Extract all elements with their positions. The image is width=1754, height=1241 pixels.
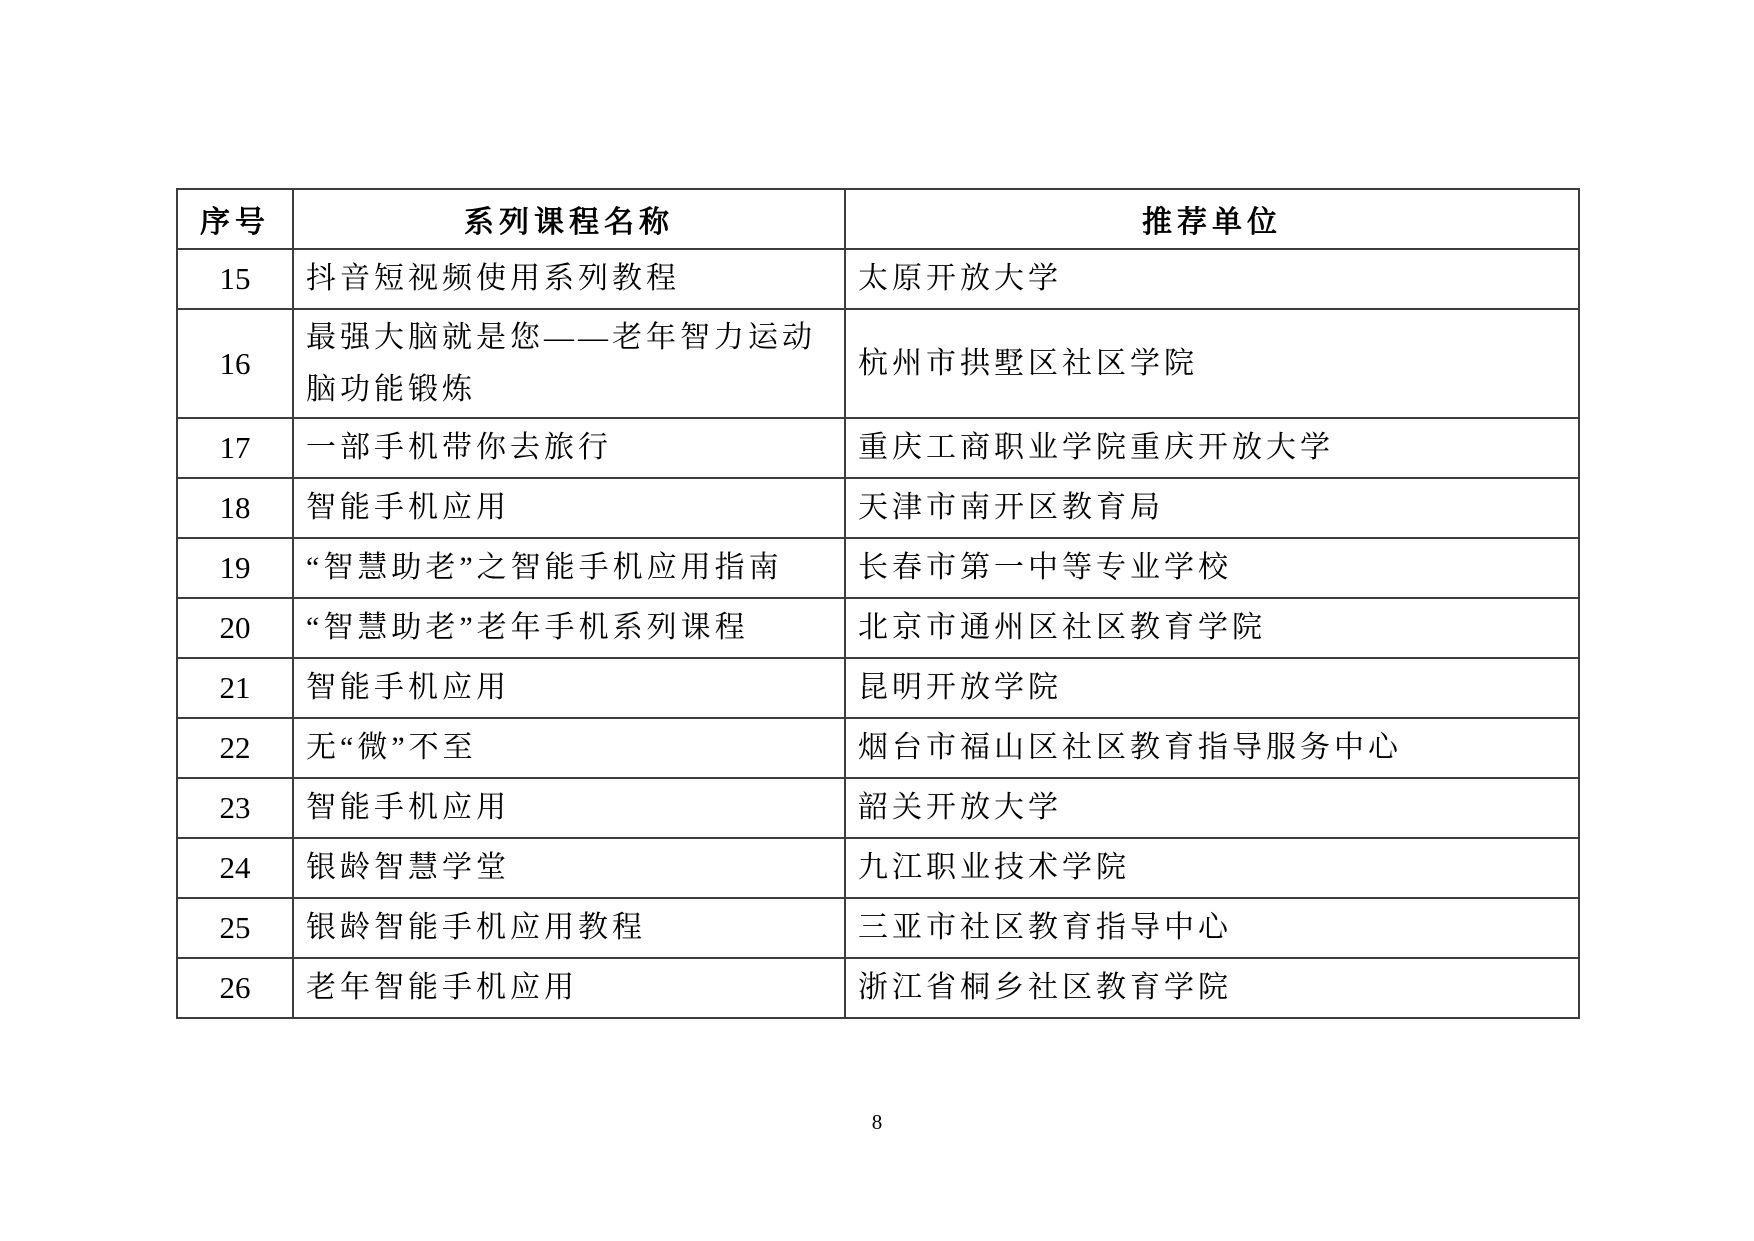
course-name-cell: 智能手机应用 bbox=[293, 658, 845, 718]
row-number-cell: 24 bbox=[177, 838, 293, 898]
table-row: 23智能手机应用韶关开放大学 bbox=[177, 778, 1579, 838]
row-number-cell: 20 bbox=[177, 598, 293, 658]
recommend-unit-cell: 浙江省桐乡社区教育学院 bbox=[845, 958, 1579, 1018]
recommend-unit-cell: 天津市南开区教育局 bbox=[845, 478, 1579, 538]
course-name-cell: 无“微”不至 bbox=[293, 718, 845, 778]
table-header-row: 序号 系列课程名称 推荐单位 bbox=[177, 189, 1579, 249]
row-number-cell: 19 bbox=[177, 538, 293, 598]
table-row: 19“智慧助老”之智能手机应用指南长春市第一中等专业学校 bbox=[177, 538, 1579, 598]
table-row: 26老年智能手机应用浙江省桐乡社区教育学院 bbox=[177, 958, 1579, 1018]
recommend-unit-cell: 烟台市福山区社区教育指导服务中心 bbox=[845, 718, 1579, 778]
course-name-cell: 一部手机带你去旅行 bbox=[293, 418, 845, 478]
row-number-cell: 26 bbox=[177, 958, 293, 1018]
course-name-cell: 智能手机应用 bbox=[293, 778, 845, 838]
course-name-cell: 老年智能手机应用 bbox=[293, 958, 845, 1018]
recommend-unit-cell: 重庆工商职业学院重庆开放大学 bbox=[845, 418, 1579, 478]
row-number-cell: 21 bbox=[177, 658, 293, 718]
table-body: 15抖音短视频使用系列教程太原开放大学16最强大脑就是您——老年智力运动 脑功能… bbox=[177, 249, 1579, 1018]
recommend-unit-cell: 九江职业技术学院 bbox=[845, 838, 1579, 898]
recommend-unit-cell: 韶关开放大学 bbox=[845, 778, 1579, 838]
recommend-unit-cell: 三亚市社区教育指导中心 bbox=[845, 898, 1579, 958]
table-row: 22无“微”不至烟台市福山区社区教育指导服务中心 bbox=[177, 718, 1579, 778]
recommend-unit-cell: 太原开放大学 bbox=[845, 249, 1579, 309]
header-cell-number: 序号 bbox=[177, 189, 293, 249]
course-table: 序号 系列课程名称 推荐单位 15抖音短视频使用系列教程太原开放大学16最强大脑… bbox=[176, 188, 1580, 1019]
recommend-unit-cell: 北京市通州区社区教育学院 bbox=[845, 598, 1579, 658]
row-number-cell: 25 bbox=[177, 898, 293, 958]
row-number-cell: 22 bbox=[177, 718, 293, 778]
recommend-unit-cell: 杭州市拱墅区社区学院 bbox=[845, 309, 1579, 418]
table-row: 17一部手机带你去旅行重庆工商职业学院重庆开放大学 bbox=[177, 418, 1579, 478]
row-number-cell: 16 bbox=[177, 309, 293, 418]
table-row: 25银龄智能手机应用教程三亚市社区教育指导中心 bbox=[177, 898, 1579, 958]
row-number-cell: 15 bbox=[177, 249, 293, 309]
page-number: 8 bbox=[0, 1110, 1754, 1135]
table-row: 16最强大脑就是您——老年智力运动 脑功能锻炼杭州市拱墅区社区学院 bbox=[177, 309, 1579, 418]
course-name-cell: “智慧助老”之智能手机应用指南 bbox=[293, 538, 845, 598]
recommend-unit-cell: 长春市第一中等专业学校 bbox=[845, 538, 1579, 598]
course-name-cell: 智能手机应用 bbox=[293, 478, 845, 538]
course-name-cell: 银龄智慧学堂 bbox=[293, 838, 845, 898]
table-row: 18智能手机应用天津市南开区教育局 bbox=[177, 478, 1579, 538]
course-name-cell: 银龄智能手机应用教程 bbox=[293, 898, 845, 958]
recommend-unit-cell: 昆明开放学院 bbox=[845, 658, 1579, 718]
table-row: 20“智慧助老”老年手机系列课程北京市通州区社区教育学院 bbox=[177, 598, 1579, 658]
row-number-cell: 23 bbox=[177, 778, 293, 838]
header-cell-unit: 推荐单位 bbox=[845, 189, 1579, 249]
table-row: 15抖音短视频使用系列教程太原开放大学 bbox=[177, 249, 1579, 309]
table-row: 21智能手机应用昆明开放学院 bbox=[177, 658, 1579, 718]
course-name-cell: “智慧助老”老年手机系列课程 bbox=[293, 598, 845, 658]
course-name-cell: 最强大脑就是您——老年智力运动 脑功能锻炼 bbox=[293, 309, 845, 418]
header-cell-course-name: 系列课程名称 bbox=[293, 189, 845, 249]
row-number-cell: 17 bbox=[177, 418, 293, 478]
table-row: 24银龄智慧学堂九江职业技术学院 bbox=[177, 838, 1579, 898]
course-name-cell: 抖音短视频使用系列教程 bbox=[293, 249, 845, 309]
row-number-cell: 18 bbox=[177, 478, 293, 538]
